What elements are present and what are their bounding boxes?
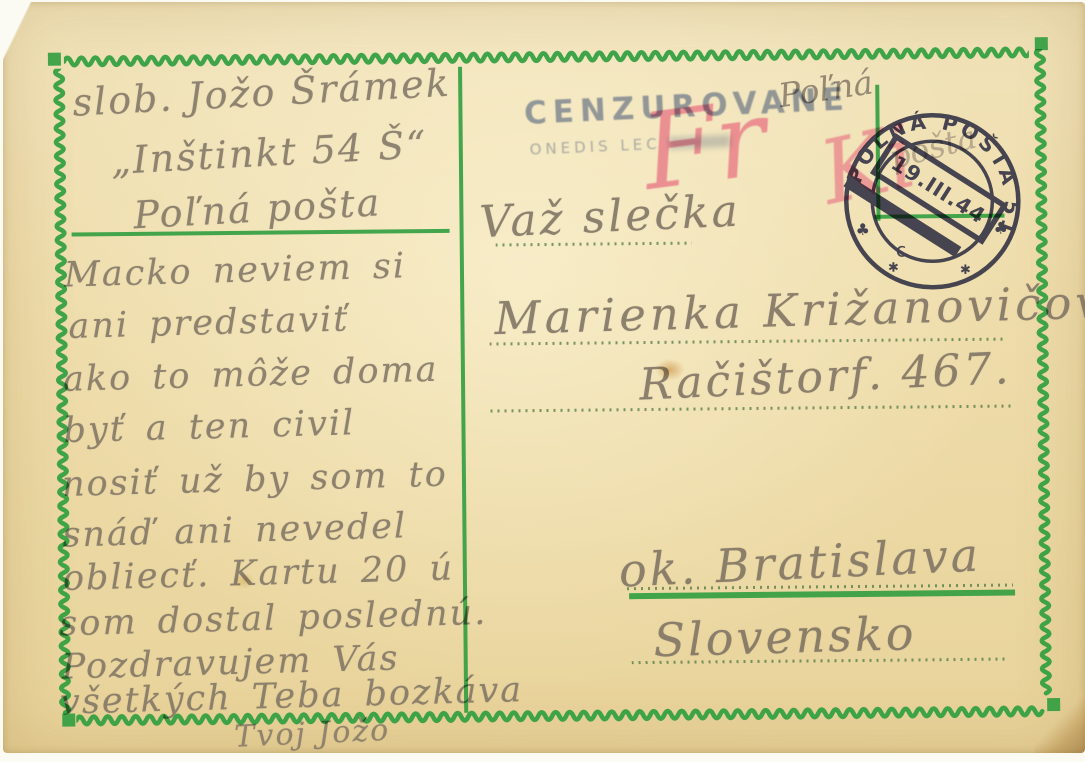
sender-line-3: Poľná pošta	[132, 180, 382, 237]
address-country: Slovensko	[653, 606, 917, 667]
star-icon: ✱	[960, 263, 971, 278]
corner-square-top-right	[1035, 37, 1048, 50]
message-line-8: som dostal poslednú.	[59, 593, 488, 645]
clover-icon: ♣	[856, 220, 871, 239]
message-line-6: snáď ani nevedel	[62, 506, 408, 555]
message-line-4: byť a ten civil	[63, 403, 356, 451]
signature: Tvoj Jožo	[234, 713, 391, 753]
scanned-postcard: slob. Jožo Šrámek „Inštinkt 54 Š“ Poľná …	[0, 0, 1085, 762]
address-dotted-line-3	[490, 404, 1014, 412]
message-line-7: obliecť. Kartu 20 ú	[62, 548, 454, 599]
postmark: POĽNÁ POŠTA 51 19.III.44 c ♣ ✱ ✱ ♣	[836, 105, 1028, 297]
postcard: slob. Jožo Šrámek „Inštinkt 54 Š“ Poľná …	[3, 2, 1085, 753]
border-wave-top	[64, 45, 1029, 68]
message-line-5: nosiť už by som to	[61, 455, 448, 505]
clover-icon: ♣	[993, 219, 1008, 238]
postmark-index-letter: c	[896, 240, 907, 262]
corner-wear-stain	[1034, 689, 1085, 753]
message-line-2: ani predstaviť	[68, 299, 350, 347]
star-icon: ✱	[888, 261, 899, 276]
sender-line-2: „Inštinkt 54 Š“	[110, 122, 429, 183]
message-line-1: Macko neviem si	[63, 246, 406, 295]
scan-background-corner	[0, 0, 58, 100]
paper-stain	[655, 359, 685, 381]
message-line-3: ako to môže doma	[62, 350, 439, 400]
red-crayon-mark-1: Fr	[635, 77, 773, 214]
address-street: Račištorf. 467.	[638, 343, 1012, 411]
paper-stain	[233, 573, 255, 589]
sender-line-1: slob. Jožo Šrámek	[71, 61, 451, 125]
border-wave-right	[1033, 49, 1053, 697]
postcard-content: slob. Jožo Šrámek „Inštinkt 54 Š“ Poľná …	[3, 2, 1085, 753]
